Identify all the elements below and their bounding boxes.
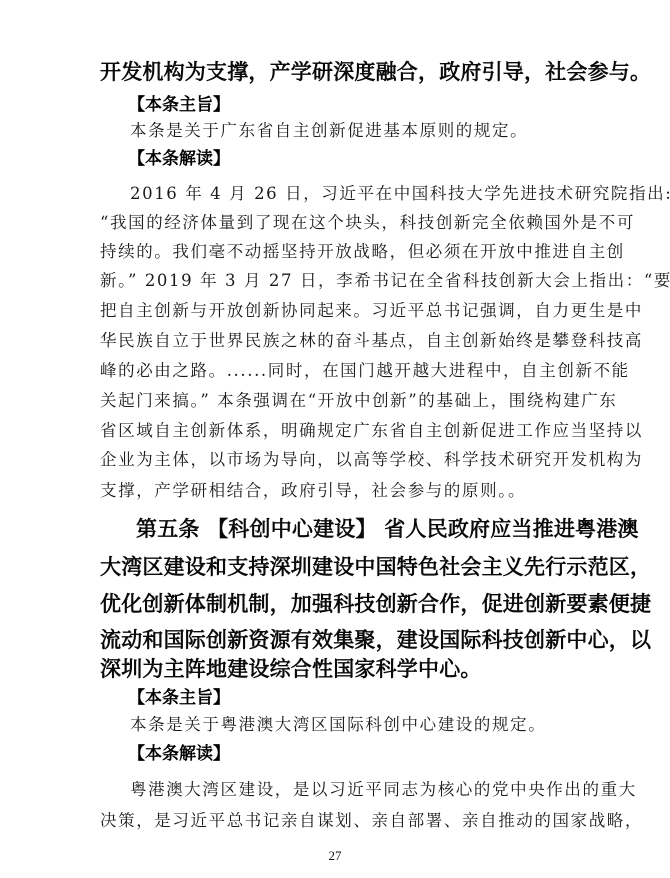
section-label-interpretation: 【本条解读】 — [128, 739, 230, 764]
interpretation-paragraph-line: 2016 年 4 月 26 日，习近平在中国科技大学先进技术研究院指出: — [130, 180, 568, 204]
article-5-text-line: 大湾区建设和支持深圳建设中国特色社会主义先行示范区， — [100, 551, 568, 581]
section-label-interpretation: 【本条解读】 — [128, 144, 230, 169]
interpretation-paragraph-line: 关起门来搞。” 本条强调在“开放中创新”的基础上，围绕构建广东 — [100, 387, 568, 411]
article-5-text-line: 流动和国际创新资源有效集聚，建设国际科技创新中心，以 — [100, 624, 568, 654]
interpretation-paragraph-line: 新。” 2019 年 3 月 27 日，李希书记在全省科技创新大会上指出：“要 — [100, 267, 568, 291]
interpretation-paragraph-line: 持续的。我们毫不动摇坚持开放战略，但必须在开放中推进自主创 — [100, 238, 568, 262]
interpretation-paragraph-line: 粤港澳大湾区建设，是以习近平同志为核心的党中央作出的重大 — [130, 776, 568, 800]
article-5-text-line: 深圳为主阵地建设综合性国家科学中心。 — [100, 653, 482, 683]
interpretation-paragraph-line: 峰的必由之路。......同时，在国门越开越大进程中，自主创新不能 — [100, 357, 568, 381]
section-label-purpose: 【本条主旨】 — [128, 90, 230, 115]
interpretation-paragraph-line: 支撑，产学研相结合，政府引导，社会参与的原则。。 — [100, 477, 526, 501]
purpose-text: 本条是关于粤港澳大湾区国际科创中心建设的规定。 — [130, 711, 546, 735]
interpretation-paragraph-line: 华民族自立于世界民族之林的奋斗基点，自主创新始终是攀登科技高 — [100, 327, 568, 351]
interpretation-paragraph-line: “我国的经济体量到了现在这个块头，科技创新完全依赖国外是不可 — [100, 209, 568, 233]
article-continuation-line: 开发机构为支撑，产学研深度融合，政府引导，社会参与。 — [100, 56, 568, 86]
article-5-text-line: 优化创新体制机制，加强科技创新合作，促进创新要素便捷 — [100, 588, 568, 618]
interpretation-paragraph-line: 把自主创新与开放创新协同起来。习近平总书记强调，自力更生是中 — [100, 297, 568, 321]
document-page: 开发机构为支撑，产学研深度融合，政府引导，社会参与。 【本条主旨】 本条是关于广… — [0, 0, 670, 878]
article-5-heading-line: 第五条 【科创中心建设】 省人民政府应当推进粤港澳 — [136, 513, 568, 543]
purpose-text: 本条是关于广东省自主创新促进基本原则的规定。 — [130, 117, 528, 141]
section-label-purpose: 【本条主旨】 — [128, 683, 230, 708]
interpretation-paragraph-line: 决策，是习近平总书记亲自谋划、亲自部署、亲自推动的国家战略， — [100, 807, 568, 831]
interpretation-paragraph-line: 企业为主体，以市场为导向，以高等学校、科学技术研究开发机构为 — [100, 446, 568, 470]
page-number: 27 — [0, 848, 670, 864]
interpretation-paragraph-line: 省区域自主创新体系，明确规定广东省自主创新促进工作应当坚持以 — [100, 417, 568, 441]
